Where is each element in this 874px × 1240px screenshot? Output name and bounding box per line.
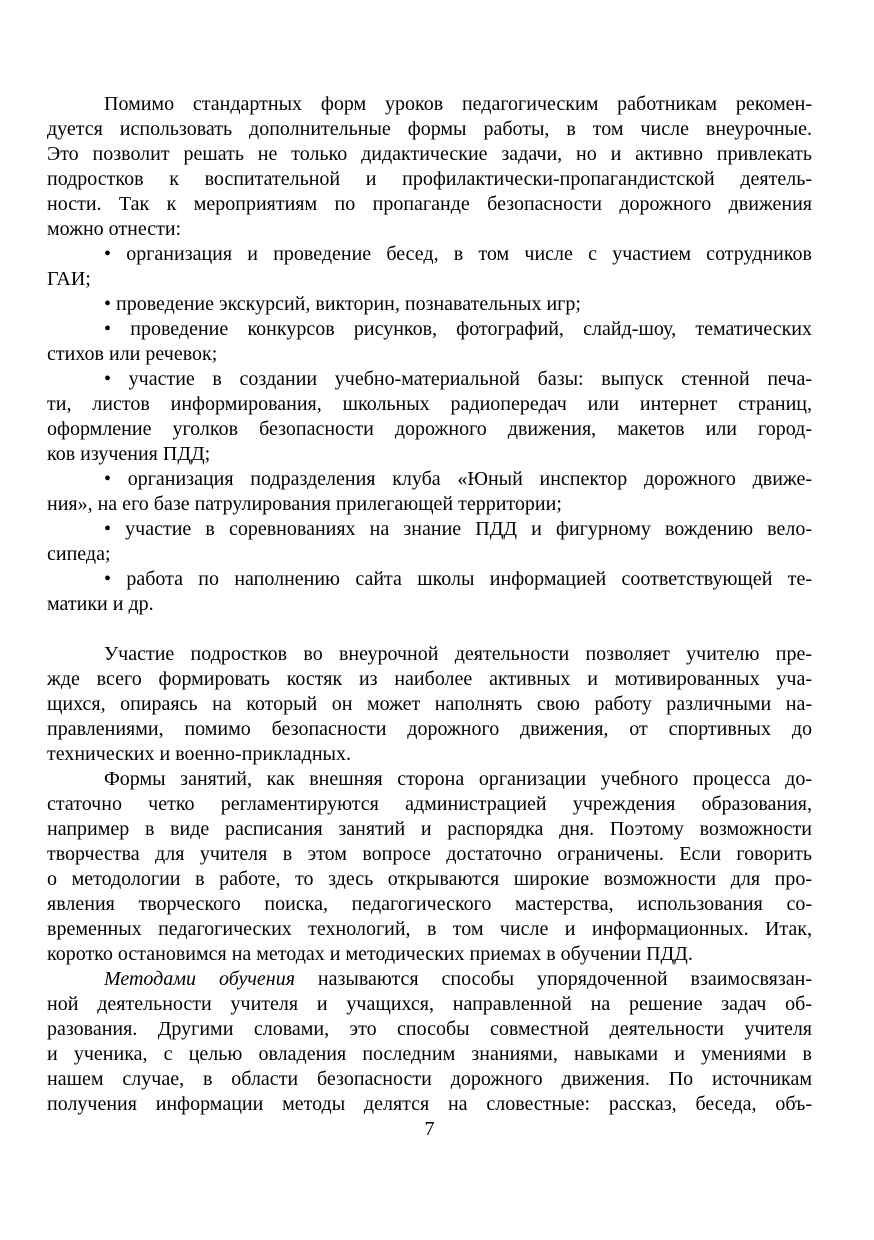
text-line: ти, листов информирования, школьных ради…	[47, 392, 812, 417]
text-line: ГАИ;	[47, 267, 812, 292]
text-line: Это позволит решать не только дидактичес…	[47, 142, 812, 167]
bullet-item: • работа по наполнению сайта школы инфор…	[47, 567, 812, 617]
text-line: временных педагогических технологий, в т…	[47, 917, 812, 942]
bullet-item: • участие в соревнованиях на знание ПДД …	[47, 517, 812, 567]
text-line: ков изучения ПДД;	[47, 442, 812, 467]
text-line: жде всего формировать костяк из наиболее…	[47, 667, 812, 692]
paragraph: Помимо стандартных форм уроков педагогич…	[47, 92, 812, 242]
bullet-item: • проведение конкурсов рисунков, фотогра…	[47, 317, 812, 367]
text-line: • участие в соревнованиях на знание ПДД …	[47, 517, 812, 542]
text-line: оформление уголков безопасности дорожног…	[47, 417, 812, 442]
bullet-item: • организация и проведение бесед, в том …	[47, 242, 812, 292]
document-page: Помимо стандартных форм уроков педагогич…	[0, 0, 874, 1240]
text-line: например в виде расписания занятий и рас…	[47, 817, 812, 842]
text-line: коротко остановимся на методах и методич…	[47, 942, 812, 967]
text-line: • организация подразделения клуба «Юный …	[47, 467, 812, 492]
paragraph: Участие подростков во внеурочной деятель…	[47, 642, 812, 767]
text-line: творчества для учителя в этом вопросе до…	[47, 842, 812, 867]
text-line: дуется использовать дополнительные формы…	[47, 117, 812, 142]
text-line: • организация и проведение бесед, в том …	[47, 242, 812, 267]
text-line: • работа по наполнению сайта школы инфор…	[47, 567, 812, 592]
text-line: разования. Другими словами, это способы …	[47, 1017, 812, 1042]
text-line: ния», на его базе патрулирования прилега…	[47, 492, 812, 517]
bullet-item: • участие в создании учебно-материальной…	[47, 367, 812, 467]
text-line: подростков к воспитательной и профилакти…	[47, 167, 812, 192]
text-column: Помимо стандартных форм уроков педагогич…	[47, 92, 812, 1117]
text-line: ности. Так к мероприятиям по пропаганде …	[47, 192, 812, 217]
text-line: правлениями, помимо безопасности дорожно…	[47, 717, 812, 742]
text-segment: называются способы упорядоченной взаимос…	[295, 968, 812, 990]
text-line: ной деятельности учителя и учащихся, нап…	[47, 992, 812, 1017]
text-line: технических и военно-прикладных.	[47, 742, 812, 767]
text-line: стихов или речевок;	[47, 342, 812, 367]
text-line: и ученика, с целью овладения последним з…	[47, 1042, 812, 1067]
text-line: • проведение конкурсов рисунков, фотогра…	[47, 317, 812, 342]
bullet-item: • организация подразделения клуба «Юный …	[47, 467, 812, 517]
text-line: • участие в создании учебно-материальной…	[47, 367, 812, 392]
text-line: нашем случае, в области безопасности дор…	[47, 1067, 812, 1092]
paragraph: Методами обучения называются способы упо…	[47, 967, 812, 1117]
text-line: сипеда;	[47, 542, 812, 567]
text-line: явления творческого поиска, педагогическ…	[47, 892, 812, 917]
bullet-item: • проведение экскурсий, викторин, познав…	[47, 292, 812, 317]
text-line: можно отнести:	[47, 217, 812, 242]
paragraph: Формы занятий, как внешняя сторона орган…	[47, 767, 812, 967]
page-number: 7	[425, 1118, 435, 1140]
text-line: получения информации методы делятся на с…	[47, 1092, 812, 1117]
text-line: матики и др.	[47, 592, 812, 617]
text-line: статочно четко регламентируются админист…	[47, 792, 812, 817]
text-line: Методами обучения называются способы упо…	[47, 967, 812, 992]
paragraph-spacer	[47, 617, 812, 642]
text-line: Формы занятий, как внешняя сторона орган…	[47, 767, 812, 792]
text-line: щихся, опираясь на который он может напо…	[47, 692, 812, 717]
text-line: Участие подростков во внеурочной деятель…	[47, 642, 812, 667]
page-footer: 7	[47, 1117, 812, 1142]
text-line: • проведение экскурсий, викторин, познав…	[47, 292, 812, 317]
text-line: Помимо стандартных форм уроков педагогич…	[47, 92, 812, 117]
italic-term: Методами обучения	[104, 968, 295, 990]
text-line: о методологии в работе, то здесь открыва…	[47, 867, 812, 892]
